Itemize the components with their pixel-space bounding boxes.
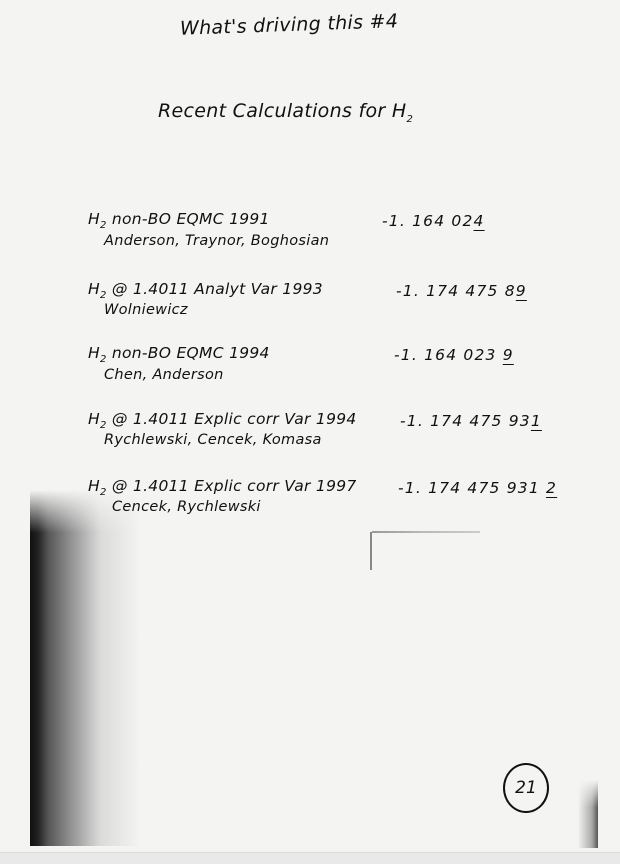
energy-uncertain-digit: 1: [531, 412, 542, 430]
scan-shadow-left: [30, 490, 150, 846]
subtitle-text: Recent Calculations for H: [158, 100, 406, 122]
entry-energy: -1. 164 023 9: [394, 346, 514, 364]
entry-method-text: non-BO EQMC 1991: [112, 210, 270, 228]
entry-authors: Cencek, Rychlewski: [112, 499, 261, 515]
entry-method: H2 @ 1.4011 Analyt Var 1993: [88, 280, 323, 301]
entry-energy: -1. 174 475 931: [400, 412, 542, 430]
scan-shadow-right: [578, 780, 598, 848]
entry-authors: Wolniewicz: [104, 302, 188, 318]
energy-digits: -1. 164 023: [394, 346, 503, 364]
page-number: 21: [503, 763, 549, 813]
entry-authors: Chen, Anderson: [104, 367, 224, 383]
entry-method: H2 @ 1.4011 Explic corr Var 1994: [88, 410, 357, 431]
entry-method-text: non-BO EQMC 1994: [112, 344, 270, 362]
entry-method-text: @ 1.4011 Analyt Var 1993: [112, 280, 323, 298]
entry-method: H2 non-BO EQMC 1991: [88, 210, 270, 231]
energy-digits: -1. 174 475 8: [396, 282, 516, 300]
entry-authors: Anderson, Traynor, Boghosian: [104, 233, 329, 249]
entry-energy: -1. 164 024: [382, 212, 485, 230]
energy-digits: -1. 174 475 931: [398, 479, 546, 497]
entry-energy: -1. 174 475 89: [396, 282, 527, 300]
entry-method: H2 @ 1.4011 Explic corr Var 1997: [88, 477, 357, 498]
entry-energy: -1. 174 475 931 2: [398, 479, 557, 497]
fold-mark-horizontal: [372, 531, 480, 533]
energy-uncertain-digit: 4: [474, 212, 485, 230]
entry-method-text: @ 1.4011 Explic corr Var 1997: [112, 477, 357, 495]
energy-digits: -1. 174 475 93: [400, 412, 531, 430]
entry-method: H2 non-BO EQMC 1994: [88, 344, 270, 365]
fold-mark-vertical: [370, 532, 372, 570]
energy-uncertain-digit: 2: [546, 479, 557, 497]
page-subtitle: Recent Calculations for H2: [158, 100, 413, 125]
energy-uncertain-digit: 9: [516, 282, 527, 300]
entry-method-text: @ 1.4011 Explic corr Var 1994: [112, 410, 357, 428]
entry-authors: Rychlewski, Cencek, Komasa: [104, 432, 322, 448]
scan-bottom-edge: [0, 852, 620, 864]
subtitle-subscript: 2: [406, 114, 413, 125]
energy-uncertain-digit: 9: [503, 346, 514, 364]
energy-digits: -1. 164 02: [382, 212, 474, 230]
